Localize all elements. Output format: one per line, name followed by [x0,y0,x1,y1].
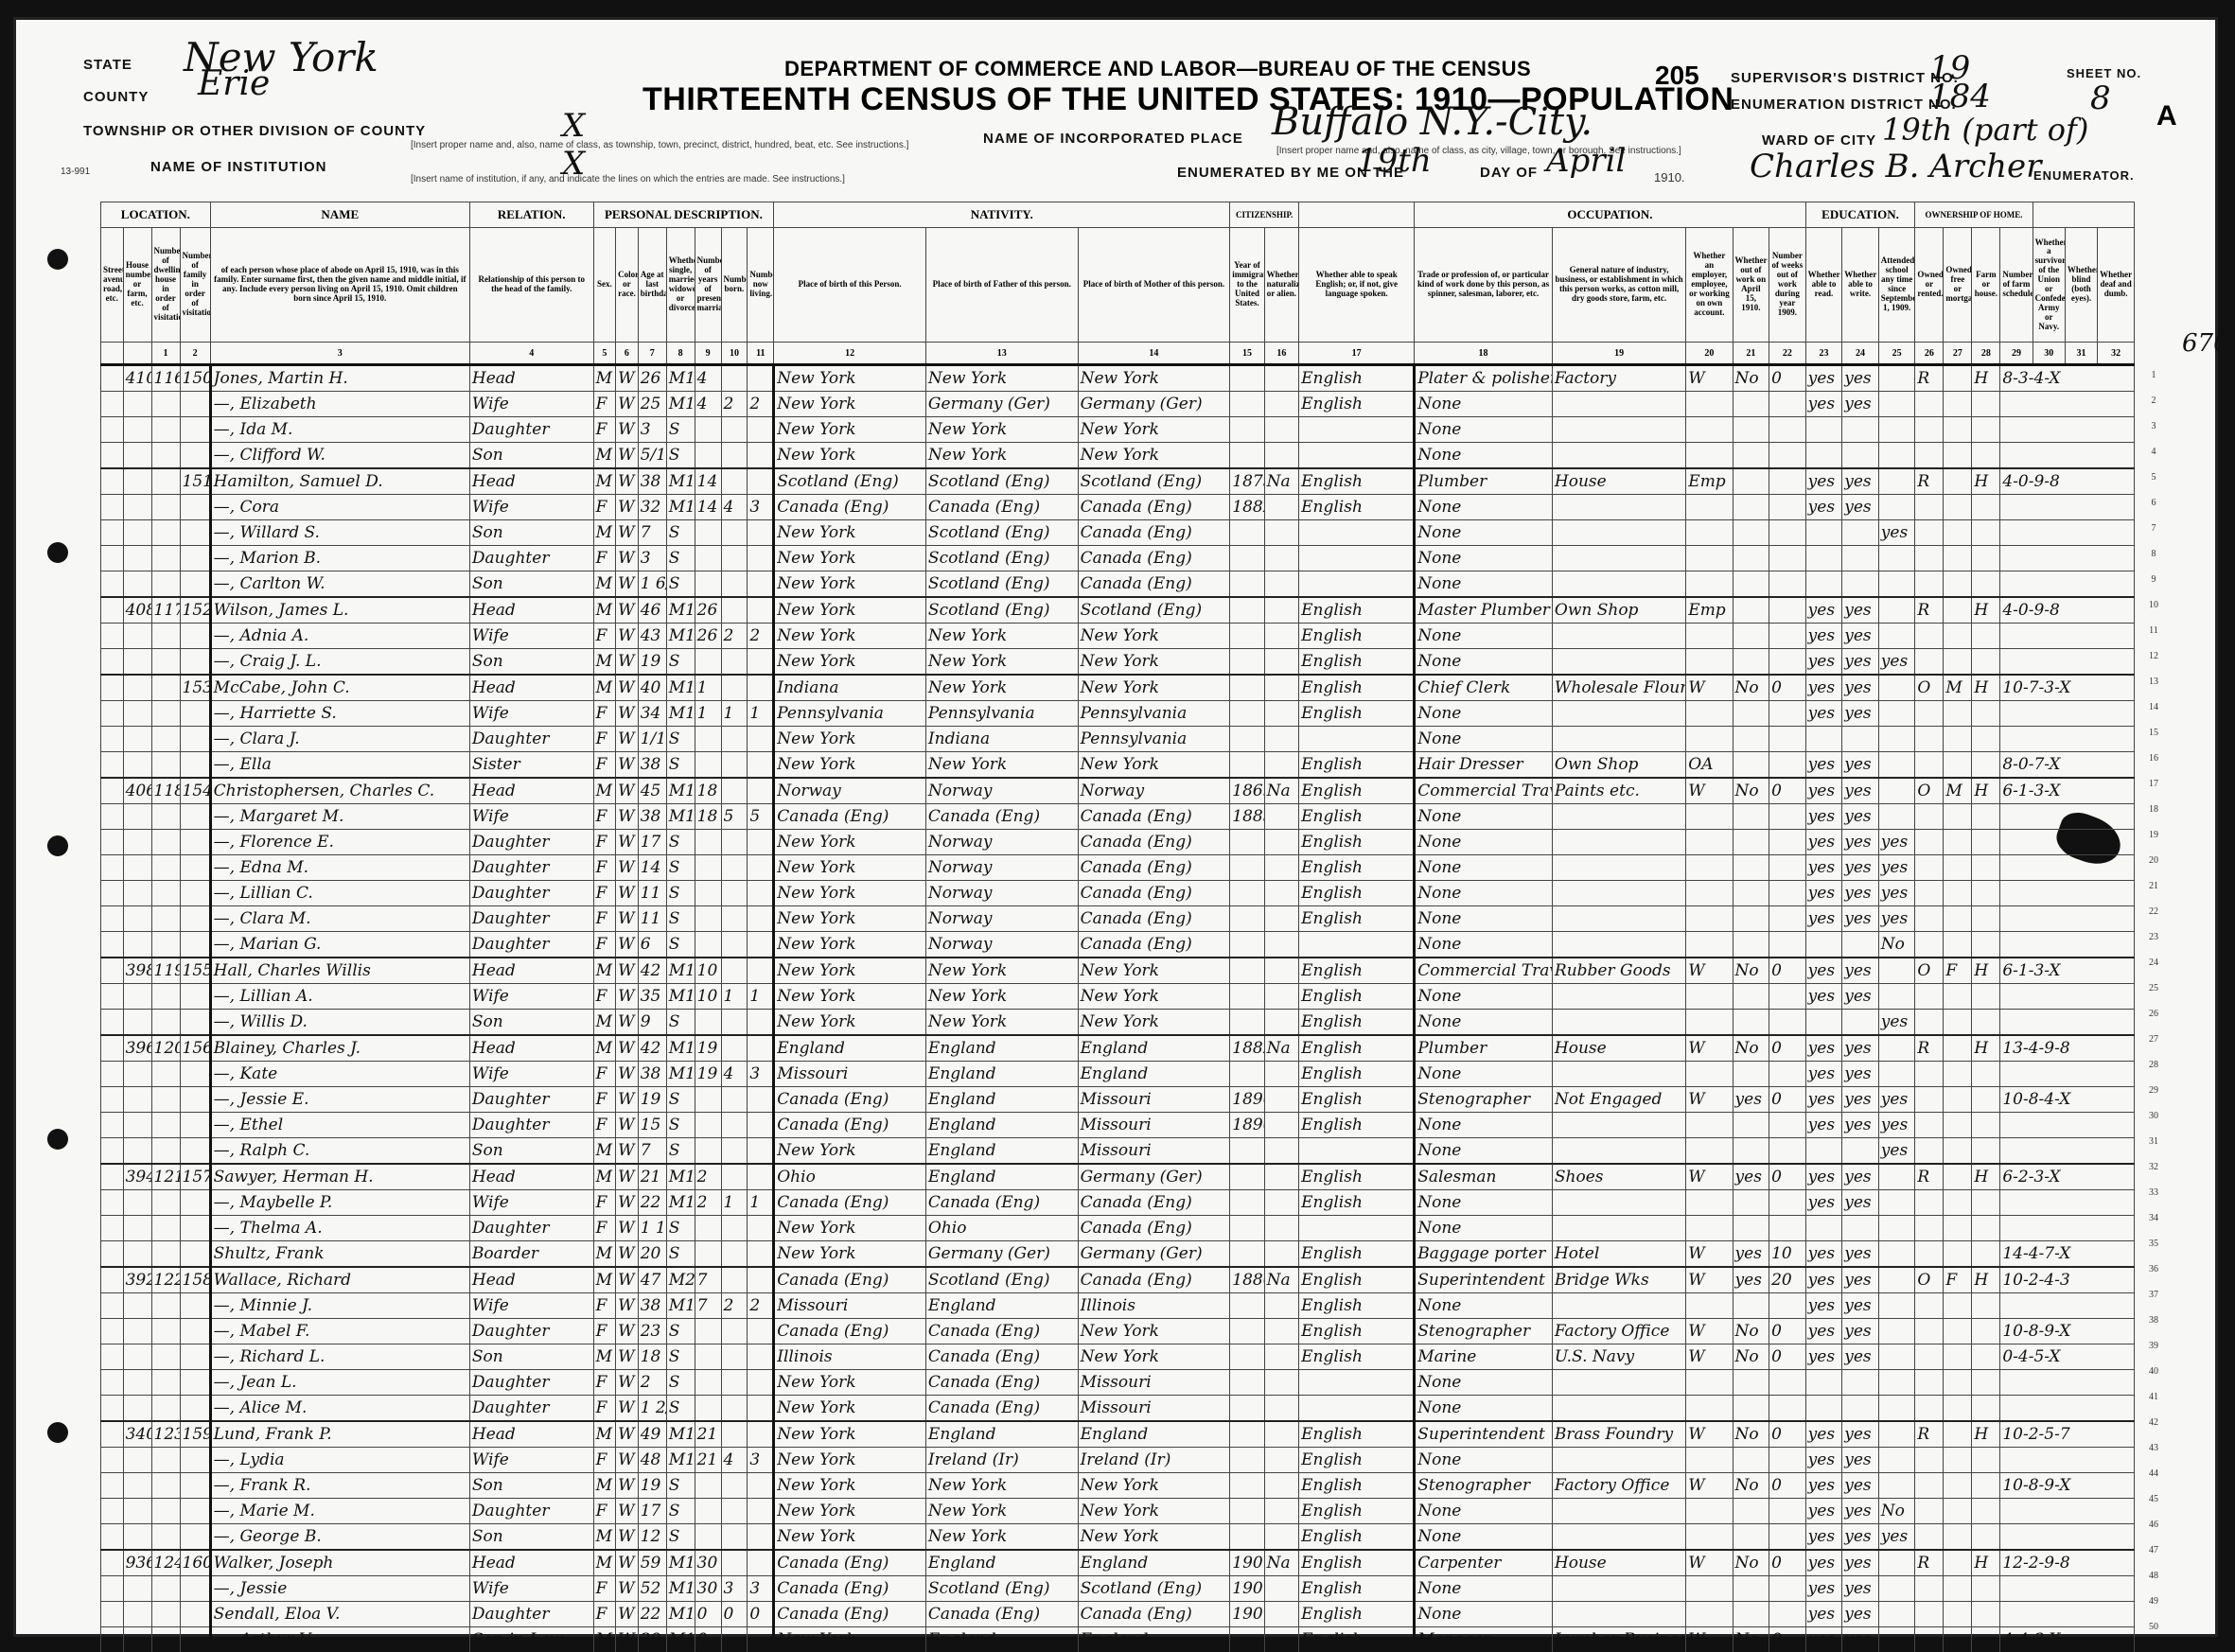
cell-house [123,624,151,649]
cell-marital: S [666,1396,695,1422]
cell-industry [1552,1396,1685,1422]
cell-relation: Wife [469,1190,593,1216]
cell-born: 0 [721,1602,748,1627]
cell-family [180,881,210,906]
cell-oow: yes [1733,1164,1769,1190]
cell-oow [1733,571,1769,598]
ownership-code-cell: 10-2-5-7 [2000,1421,2135,1448]
cell-bp: New York [774,752,926,779]
cell-street [101,1138,124,1165]
cell-house: 394 [123,1164,151,1190]
cell-dwelling [151,571,180,598]
cell-name: —, Lydia [210,1448,469,1473]
cell-trade: Plumber [1415,468,1553,495]
ownership-code-cell [2000,1062,2135,1087]
column-number: 6 [616,343,639,365]
cell-name: —, Marian G. [210,932,469,958]
census-row: —, Clara J.DaughterFW1/12SNew YorkIndian… [101,727,2135,752]
cell-free [1944,855,1972,881]
cell-race: W [616,727,639,752]
cell-lang: English [1299,624,1415,649]
cell-born: 5 [721,804,748,830]
cell-born [721,520,748,546]
cell-bp: New York [774,520,926,546]
group-location: LOCATION. [101,202,211,228]
cell-school: No [1878,932,1915,958]
cell-emp [1686,1010,1733,1036]
cell-age: 19 [638,1087,666,1113]
cell-family [180,1499,210,1524]
cell-emp [1686,417,1733,443]
cell-oow [1733,597,1769,624]
line-number: 9 [2144,574,2163,585]
cell-family [180,1241,210,1268]
cell-name: —, Willard S. [210,520,469,546]
cell-bp: Canada (Eng) [774,1190,926,1216]
cell-born: 4 [721,1062,748,1087]
cell-bp: New York [774,1216,926,1241]
cell-industry [1552,1499,1685,1524]
cell-sex: F [593,1602,616,1627]
cell-nat: Na [1264,1267,1298,1293]
cell-write [1842,1370,1879,1396]
cell-fh: H [1972,778,2000,804]
cell-nat [1264,1138,1298,1165]
cell-write: yes [1842,1602,1879,1627]
cell-house: 396 [123,1035,151,1062]
cell-emp [1686,1602,1733,1627]
cell-own: R [1915,1164,1944,1190]
ownership-code-cell [2000,495,2135,520]
cell-bpf: New York [925,624,1078,649]
ownership-code-cell [2000,1499,2135,1524]
cell-oow [1733,624,1769,649]
cell-yrs: 21 [695,1421,721,1448]
cell-imm [1230,443,1264,469]
cell-fh [1972,984,2000,1010]
cell-living [748,649,774,676]
cell-living: 1 [748,984,774,1010]
cell-own [1915,1627,1944,1652]
cell-write: yes [1842,1344,1879,1370]
col-relation: Relationship of this person to the head … [469,228,593,343]
cell-bpm: Canada (Eng) [1078,1602,1230,1627]
cell-living [748,1524,774,1551]
cell-relation: Head [469,468,593,495]
cell-oow [1733,1499,1769,1524]
ownership-code-cell: 10-8-4-X [2000,1087,2135,1113]
col-industry: General nature of industry, business, or… [1552,228,1685,343]
col-owned-rented: Owned or rented. [1915,228,1944,343]
cell-fh [1972,546,2000,571]
cell-race: W [616,804,639,830]
cell-age: 42 [638,1035,666,1062]
cell-born [721,830,748,855]
cell-own [1915,881,1944,906]
cell-wks [1769,701,1806,727]
cell-dwelling [151,1293,180,1319]
township-note: [Insert proper name and, also, name of c… [411,140,908,150]
cell-nat [1264,1524,1298,1551]
cell-bp: New York [774,1448,926,1473]
cell-nat [1264,520,1298,546]
cell-write: yes [1842,675,1879,701]
cell-age: 1 2/12 [638,1396,666,1422]
cell-trade: None [1415,495,1553,520]
census-row: —, LydiaWifeFW48M12143New YorkIreland (I… [101,1448,2135,1473]
census-row: —, Richard L.SonMW18SIllinoisCanada (Eng… [101,1344,2135,1370]
cell-industry [1552,1370,1685,1396]
cell-street [101,1293,124,1319]
col-birth-mother: Place of birth of Mother of this person. [1078,228,1230,343]
enumerated-month: April [1546,142,1626,180]
cell-street [101,1448,124,1473]
cell-free: M [1944,778,1972,804]
cell-house [123,752,151,779]
cell-living [748,830,774,855]
cell-marital: S [666,1319,695,1344]
ownership-code-cell: 4-4-3-X [2000,1627,2135,1652]
cell-bp: New York [774,1421,926,1448]
cell-nat [1264,958,1298,984]
cell-school [1878,701,1915,727]
cell-born [721,417,748,443]
cell-write: yes [1842,468,1879,495]
cell-family: 155 [180,958,210,984]
cell-wks: 0 [1769,958,1806,984]
cell-own [1915,1370,1944,1396]
cell-street [101,649,124,676]
cell-relation: Daughter [469,546,593,571]
cell-name: —, Ella [210,752,469,779]
cell-oow [1733,1216,1769,1241]
cell-nat [1264,1113,1298,1138]
cell-write: yes [1842,1241,1879,1268]
cell-bp: Ohio [774,1164,926,1190]
cell-race: W [616,752,639,779]
cell-imm [1230,392,1264,417]
cell-living [748,520,774,546]
cell-dwelling: 124 [151,1550,180,1576]
census-row: —, Adnia A.WifeFW43M12622New YorkNew Yor… [101,624,2135,649]
cell-bpf: England [925,1550,1078,1576]
cell-bpf: England [925,1035,1078,1062]
cell-living: 3 [748,495,774,520]
cell-wks [1769,752,1806,779]
cell-fh [1972,1190,2000,1216]
department-title: DEPARTMENT OF COMMERCE AND LABOR—BUREAU … [784,57,1531,81]
cell-wks [1769,1293,1806,1319]
cell-sex: F [593,881,616,906]
cell-read: yes [1805,624,1842,649]
cell-fh: H [1972,468,2000,495]
cell-lang: English [1299,1010,1415,1036]
cell-house [123,984,151,1010]
cell-house [123,1524,151,1551]
cell-imm: 1882 [1230,1035,1264,1062]
cell-lang: English [1299,701,1415,727]
cell-write: yes [1842,1627,1879,1652]
cell-living [748,675,774,701]
cell-school [1878,1602,1915,1627]
cell-imm: 1875 [1230,468,1264,495]
cell-nat: Na [1264,1035,1298,1062]
cell-age: 38 [638,1062,666,1087]
cell-race: W [616,1164,639,1190]
cell-emp [1686,701,1733,727]
cell-bpf: New York [925,365,1078,392]
sheet-letter: A [2156,100,2177,132]
cell-race: W [616,1087,639,1113]
cell-living [748,1010,774,1036]
cell-marital: M1 [666,624,695,649]
cell-school [1878,1190,1915,1216]
cell-name: Sendall, Eloa V. [210,1602,469,1627]
cell-write [1842,1216,1879,1241]
cell-name: —, Ethel [210,1113,469,1138]
cell-age: 12 [638,1524,666,1551]
cell-marital: M1 [666,1550,695,1576]
cell-industry [1552,520,1685,546]
cell-relation: Wife [469,495,593,520]
cell-own [1915,495,1944,520]
cell-race: W [616,701,639,727]
cell-street [101,443,124,469]
cell-write [1842,417,1879,443]
column-number: 5 [593,343,616,365]
cell-marital: S [666,932,695,958]
cell-trade: Stenographer [1415,1473,1553,1499]
cell-own [1915,1216,1944,1241]
cell-house [123,1627,151,1652]
cell-street [101,1010,124,1036]
column-number: 1 [151,343,180,365]
punch-hole [47,542,68,563]
census-row: —, Willis D.SonMW9SNew YorkNew YorkNew Y… [101,1010,2135,1036]
cell-race: W [616,1421,639,1448]
cell-marital: S [666,752,695,779]
cell-marital: S [666,1344,695,1370]
cell-lang [1299,417,1415,443]
cell-age: 46 [638,597,666,624]
cell-free [1944,1473,1972,1499]
cell-relation: Son [469,1010,593,1036]
cell-bpf: New York [925,649,1078,676]
cell-house [123,1293,151,1319]
col-weeks-out: Number of weeks out of work during year … [1769,228,1806,343]
cell-imm [1230,701,1264,727]
cell-free [1944,571,1972,598]
cell-emp [1686,1293,1733,1319]
cell-house [123,1576,151,1602]
cell-age: 25 [638,392,666,417]
cell-bp: Canada (Eng) [774,1602,926,1627]
census-row: —, Clara M.DaughterFW11SNew YorkNorwayCa… [101,906,2135,932]
cell-race: W [616,468,639,495]
cell-free [1944,1627,1972,1652]
col-school: Attended school any time since September… [1878,228,1915,343]
cell-wks [1769,906,1806,932]
cell-nat [1264,855,1298,881]
cell-own: R [1915,597,1944,624]
cell-imm [1230,958,1264,984]
cell-age: 29 [638,1627,666,1652]
cell-marital: S [666,1370,695,1396]
cell-write: yes [1842,1190,1879,1216]
cell-yrs [695,932,721,958]
line-number: 8 [2144,549,2163,559]
ownership-code-cell [2000,881,2135,906]
cell-relation: Son [469,649,593,676]
col-name: of each person whose place of abode on A… [210,228,469,343]
ownership-code-cell [2000,1113,2135,1138]
cell-write: yes [1842,1164,1879,1190]
cell-trade: Superintendent [1415,1421,1553,1448]
cell-marital: M1 [666,958,695,984]
cell-bpf: Scotland (Eng) [925,520,1078,546]
cell-sex: M [593,778,616,804]
cell-name: —, Mabel F. [210,1319,469,1344]
cell-nat [1264,597,1298,624]
cell-born [721,1216,748,1241]
cell-living [748,752,774,779]
cell-marital: M1 [666,1293,695,1319]
group-education: EDUCATION. [1805,202,1915,228]
cell-read: yes [1805,881,1842,906]
cell-age: 45 [638,778,666,804]
cell-bp: Canada (Eng) [774,1550,926,1576]
cell-sex: F [593,984,616,1010]
cell-born [721,597,748,624]
cell-marital: S [666,906,695,932]
cell-write: yes [1842,649,1879,676]
cell-wks [1769,392,1806,417]
cell-school: yes [1878,855,1915,881]
cell-bpm: New York [1078,1499,1230,1524]
cell-bp: Canada (Eng) [774,1576,926,1602]
cell-own: O [1915,778,1944,804]
cell-school [1878,1344,1915,1370]
cell-marital: M1 [666,804,695,830]
cell-bpm: New York [1078,752,1230,779]
cell-house: 410 [123,365,151,392]
cell-living [748,365,774,392]
cell-free [1944,1344,1972,1370]
cell-wks [1769,417,1806,443]
column-number: 21 [1733,343,1769,365]
cell-age: 1 6/12 [638,571,666,598]
cell-relation: Head [469,597,593,624]
col-farm-schedule: Number of farm schedule. [2000,228,2033,343]
cell-family [180,495,210,520]
cell-write: yes [1842,365,1879,392]
cell-living [748,1344,774,1370]
cell-race: W [616,1293,639,1319]
cell-bpf: Scotland (Eng) [925,546,1078,571]
cell-age: 17 [638,1499,666,1524]
cell-yrs [695,752,721,779]
cell-bpm: Germany (Ger) [1078,1241,1230,1268]
cell-emp: W [1686,958,1733,984]
cell-marital: M1 [666,468,695,495]
cell-race: W [616,1216,639,1241]
cell-relation: Son [469,1138,593,1165]
cell-lang: English [1299,1190,1415,1216]
cell-house [123,1319,151,1344]
cell-living [748,1035,774,1062]
cell-bpm: Norway [1078,778,1230,804]
cell-bpf: Canada (Eng) [925,1396,1078,1422]
cell-house [123,830,151,855]
line-number: 50 [2144,1622,2163,1632]
line-number: 12 [2144,651,2163,661]
cell-street [101,1499,124,1524]
cell-industry: Brass Foundry [1552,1421,1685,1448]
cell-house: 408 [123,597,151,624]
cell-trade: None [1415,1293,1553,1319]
cell-bpf: Canada (Eng) [925,1370,1078,1396]
cell-bpf: England [925,1293,1078,1319]
cell-own [1915,1576,1944,1602]
cell-lang: English [1299,1035,1415,1062]
cell-bpm: New York [1078,624,1230,649]
cell-street [101,1370,124,1396]
cell-dwelling [151,468,180,495]
cell-name: Lund, Frank P. [210,1421,469,1448]
cell-school [1878,1293,1915,1319]
cell-lang [1299,443,1415,469]
cell-fh [1972,1473,2000,1499]
cell-sex: F [593,1448,616,1473]
cell-bpf: Ireland (Ir) [925,1448,1078,1473]
cell-dwelling [151,881,180,906]
cell-yrs [695,649,721,676]
cell-sex: M [593,1241,616,1268]
cell-bpf: Pennsylvania [925,701,1078,727]
cell-trade: None [1415,830,1553,855]
cell-name: —, Clara M. [210,906,469,932]
cell-yrs: 0 [695,1627,721,1652]
cell-sex: F [593,701,616,727]
ownership-code-cell: 6-1-3-X [2000,958,2135,984]
cell-sex: F [593,417,616,443]
cell-wks [1769,1113,1806,1138]
cell-relation: Daughter [469,906,593,932]
cell-age: 7 [638,1138,666,1165]
cell-fh [1972,495,2000,520]
cell-age: 22 [638,1602,666,1627]
cell-race: W [616,1267,639,1293]
cell-race: W [616,520,639,546]
cell-industry [1552,1190,1685,1216]
cell-read: yes [1805,984,1842,1010]
census-row: 151Hamilton, Samuel D.HeadMW38M114Scotla… [101,468,2135,495]
cell-street [101,958,124,984]
cell-family [180,571,210,598]
cell-born [721,468,748,495]
cell-oow: No [1733,365,1769,392]
cell-born: 4 [721,1448,748,1473]
column-number [101,343,124,365]
cell-dwelling [151,752,180,779]
line-number: 30 [2144,1111,2163,1121]
cell-nat [1264,1602,1298,1627]
cell-own [1915,1087,1944,1113]
cell-trade: None [1415,1370,1553,1396]
cell-free [1944,624,1972,649]
cell-house [123,392,151,417]
ownership-code-cell: 12-2-9-8 [2000,1550,2135,1576]
